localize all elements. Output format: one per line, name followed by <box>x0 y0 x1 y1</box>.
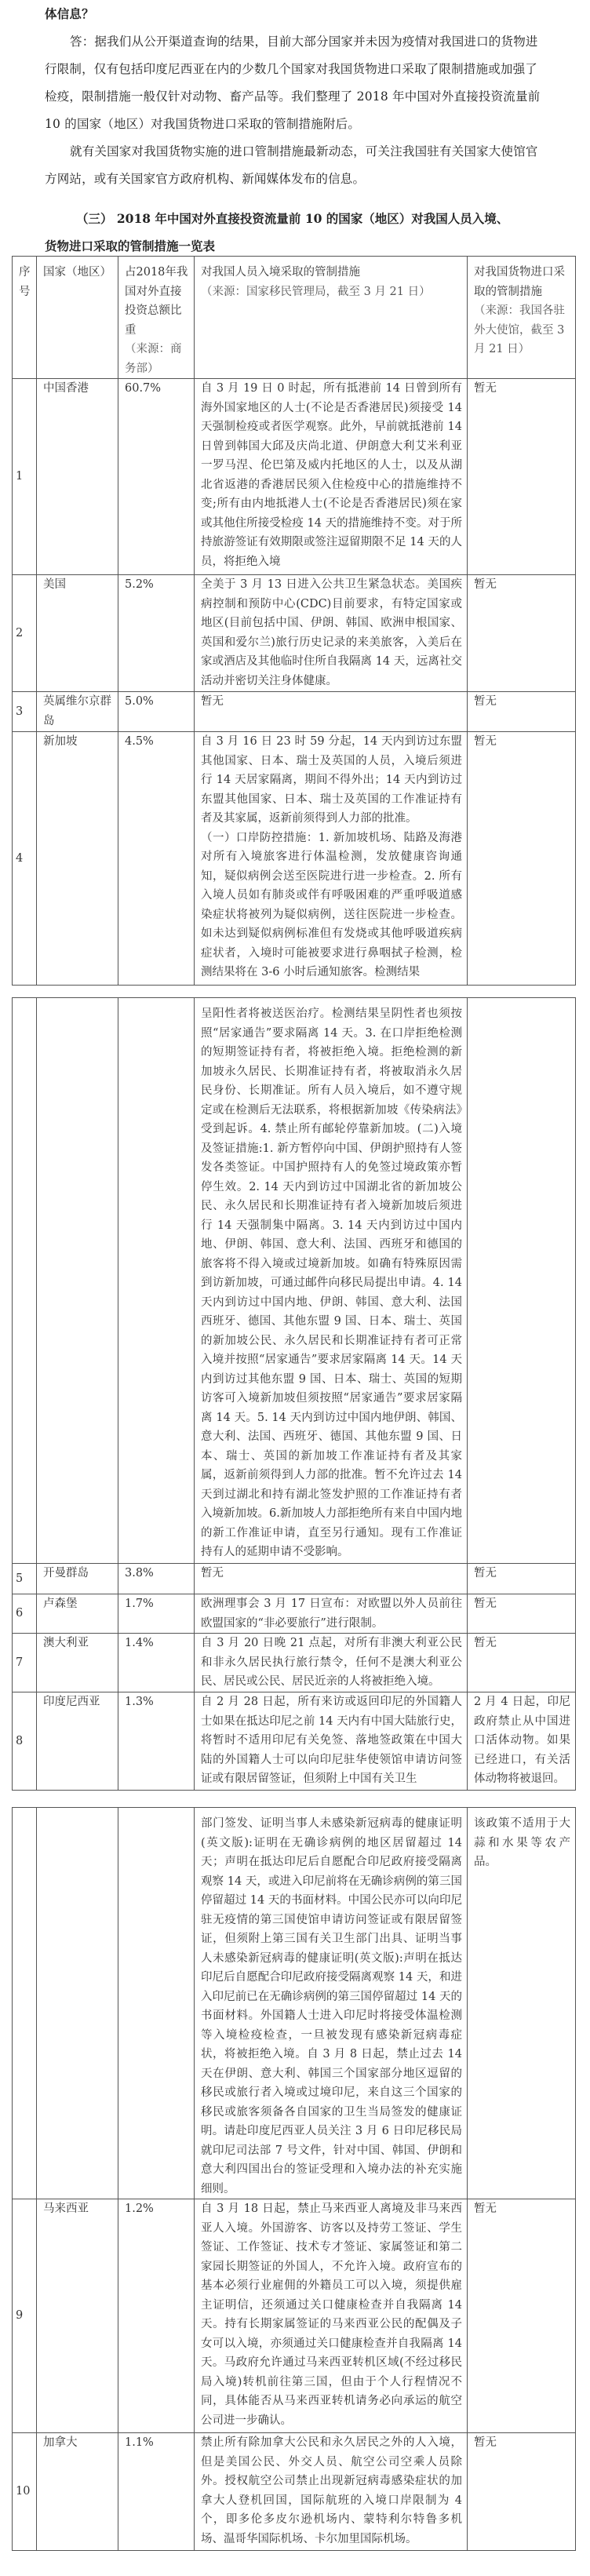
table-row: 8 印度尼西亚 1.3% 自 2 月 28 日起，所有来访或返回印尼的外国籍人士… <box>13 1692 576 1791</box>
row-seq: 10 <box>13 2433 37 2551</box>
row-entry-measures-intro: 自 3 月 16 日 23 时 59 分起，14 天内到访过东盟其他国家、日本、… <box>201 732 462 829</box>
row-goods-measures: 暂无 <box>468 1634 576 1692</box>
section-heading: （三） 2018 年中国对外直接投资流量前 10 的国家（地区）对我国人员入境、… <box>45 205 547 260</box>
row-country: 印度尼西亚 <box>37 1692 118 1791</box>
row-seq-empty <box>13 998 37 1564</box>
row-country-empty <box>37 998 118 1564</box>
row-share: 1.4% <box>118 1634 195 1692</box>
table-row: 9 马来西亚 1.2% 自 3 月 18 日起，禁止马来西亚人离境及非马来西亚人… <box>13 2199 576 2433</box>
table-row-continued: 呈阳性者将被送医治疗。检测结果呈阴性者也须按照“居家通告”要求隔离 14 天。3… <box>13 998 576 1564</box>
header-share-label: 占2018年我国对外直接投资总额比重 <box>125 266 188 337</box>
row-country: 美国 <box>37 575 118 692</box>
row-entry-measures-continued: 呈阳性者将被送医治疗。检测结果呈阴性者也须按照“居家通告”要求隔离 14 天。3… <box>195 998 468 1564</box>
header-goods: 对我国货物进口采取的管制措施 （来源：我国各驻外大使馆，截至 3 月 21 日） <box>468 257 576 379</box>
row-goods-measures: 2 月 4 日起，印尼政府禁止从中国进口活体动物。如果已经进口，有关活体动物将被… <box>468 1692 576 1791</box>
table-row: 10 加拿大 1.1% 禁止所有除加拿大公民和永久居民之外的人入境，但是美国公民… <box>13 2433 576 2551</box>
row-share: 4.5% <box>118 732 195 986</box>
row-entry-measures: 自 2 月 28 日起，所有来访或返回印尼的外国籍人士如果在抵达印尼之前 14 … <box>195 1692 468 1791</box>
table-row: 5 开曼群岛 3.8% 暂无 暂无 <box>13 1564 576 1594</box>
row-country: 马来西亚 <box>37 2199 118 2433</box>
measures-table-part-3: 部门签发、证明当事人未感染新冠病毒的健康证明(英文版):证明在无确诊病例的地区居… <box>12 1807 576 2551</box>
row-seq: 3 <box>13 692 37 732</box>
row-country: 澳大利亚 <box>37 1634 118 1692</box>
answer-paragraph-1: 答：据我们从公开渠道查询的结果，目前大部分国家并未因为疫情对我国进口的货物进行限… <box>45 28 544 138</box>
header-country: 国家（地区） <box>37 257 118 379</box>
row-entry-measures: 自 3 月 20 日晚 21 点起，对所有非澳大利亚公民和非永久居民执行旅行禁令… <box>195 1634 468 1692</box>
row-share: 1.1% <box>118 2433 195 2551</box>
section-heading-line-1: （三） 2018 年中国对外直接投资流量前 10 的国家（地区）对我国人员入境、 <box>45 205 547 232</box>
header-entry: 对我国人员入境采取的管制措施 （来源：国家移民管理局，截至 3 月 21 日） <box>195 257 468 379</box>
table-row: 1 中国香港 60.7% 自 3 月 19 日 0 时起，所有抵港前 14 日曾… <box>13 379 576 575</box>
row-share-empty <box>118 998 195 1564</box>
row-goods-empty <box>468 998 576 1564</box>
header-share-source: （来源：商务部） <box>125 343 182 375</box>
table-row: 6 卢森堡 1.7% 欧洲理事会 3 月 17 日宣布：对欧盟以外人员前往欧盟国… <box>13 1594 576 1634</box>
row-country-empty <box>37 1808 118 2199</box>
row-entry-measures-port-controls: （一）口岸防控措施：1. 新加坡机场、陆路及海港对所有入境旅客进行体温检测，发放… <box>201 829 462 982</box>
row-seq: 5 <box>13 1564 37 1594</box>
row-entry-measures: 自 3 月 16 日 23 时 59 分起，14 天内到访过东盟其他国家、日本、… <box>195 732 468 986</box>
measures-table-part-2: 呈阳性者将被送医治疗。检测结果呈阴性者也须按照“居家通告”要求隔离 14 天。3… <box>12 997 576 1791</box>
table-row: 2 美国 5.2% 全美于 3 月 13 日进入公共卫生紧急状态。美国疾病控制和… <box>13 575 576 692</box>
row-goods-measures: 暂无 <box>468 732 576 986</box>
row-seq: 1 <box>13 379 37 575</box>
row-country: 开曼群岛 <box>37 1564 118 1594</box>
row-goods-measures: 暂无 <box>468 1564 576 1594</box>
row-share-empty <box>118 1808 195 2199</box>
row-entry-measures: 欧洲理事会 3 月 17 日宣布：对欧盟以外人员前往欧盟国家的“非必要旅行”进行… <box>195 1594 468 1634</box>
row-country: 中国香港 <box>37 379 118 575</box>
row-entry-measures: 自 3 月 19 日 0 时起，所有抵港前 14 日曾到所有海外国家地区的人士(… <box>195 379 468 575</box>
row-seq: 4 <box>13 732 37 986</box>
row-entry-measures: 暂无 <box>195 692 468 732</box>
row-goods-measures: 暂无 <box>468 692 576 732</box>
row-goods-measures: 暂无 <box>468 575 576 692</box>
row-share: 1.7% <box>118 1594 195 1634</box>
row-goods-measures: 暂无 <box>468 2433 576 2551</box>
row-entry-measures-continued: 部门签发、证明当事人未感染新冠病毒的健康证明(英文版):证明在无确诊病例的地区居… <box>195 1808 468 2199</box>
row-entry-measures: 全美于 3 月 13 日进入公共卫生紧急状态。美国疾病控制和预防中心(CDC)目… <box>195 575 468 692</box>
row-share: 5.2% <box>118 575 195 692</box>
header-entry-source: （来源：国家移民管理局，截至 3 月 21 日） <box>201 286 431 298</box>
row-country: 加拿大 <box>37 2433 118 2551</box>
row-entry-measures: 自 3 月 18 日起，禁止马来西亚人离境及非马来西亚人入境。外国游客、访客以及… <box>195 2199 468 2433</box>
question-tail: 体信息？ <box>45 0 544 27</box>
row-seq: 7 <box>13 1634 37 1692</box>
row-seq-empty <box>13 1808 37 2199</box>
answer-paragraph-2: 就有关国家对我国货物实施的进口管制措施最新动态，可关注我国驻有关国家大使馆官方网… <box>45 138 544 193</box>
row-seq: 9 <box>13 2199 37 2433</box>
row-country: 卢森堡 <box>37 1594 118 1634</box>
table-row: 3 英属维尔京群岛 5.0% 暂无 暂无 <box>13 692 576 732</box>
row-share: 1.3% <box>118 1692 195 1791</box>
row-seq: 2 <box>13 575 37 692</box>
header-seq: 序号 <box>13 257 37 379</box>
row-country: 新加坡 <box>37 732 118 986</box>
row-goods-measures: 暂无 <box>468 1594 576 1634</box>
row-share: 1.2% <box>118 2199 195 2433</box>
row-entry-measures: 禁止所有除加拿大公民和永久居民之外的人入境，但是美国公民、外交人员、航空公司空乘… <box>195 2433 468 2551</box>
row-goods-measures: 暂无 <box>468 379 576 575</box>
section-heading-line-2: 货物进口采取的管制措施一览表 <box>45 239 215 253</box>
row-share: 3.8% <box>118 1564 195 1594</box>
table-row-continued: 部门签发、证明当事人未感染新冠病毒的健康证明(英文版):证明在无确诊病例的地区居… <box>13 1808 576 2199</box>
header-share: 占2018年我国对外直接投资总额比重 （来源：商务部） <box>118 257 195 379</box>
row-seq: 8 <box>13 1692 37 1791</box>
header-goods-label: 对我国货物进口采取的管制措施 <box>474 266 565 298</box>
table-header-row: 序号 国家（地区） 占2018年我国对外直接投资总额比重 （来源：商务部） 对我… <box>13 257 576 379</box>
row-goods-measures: 暂无 <box>468 2199 576 2433</box>
row-country: 英属维尔京群岛 <box>37 692 118 732</box>
row-goods-measures-continued: 该政策不适用于大蒜和水果等农产品。 <box>468 1808 576 2199</box>
header-goods-source: （来源：我国各驻外大使馆，截至 3 月 21 日） <box>474 304 565 355</box>
row-seq: 6 <box>13 1594 37 1634</box>
row-share: 60.7% <box>118 379 195 575</box>
row-entry-measures: 暂无 <box>195 1564 468 1594</box>
table-row: 7 澳大利亚 1.4% 自 3 月 20 日晚 21 点起，对所有非澳大利亚公民… <box>13 1634 576 1692</box>
row-share: 5.0% <box>118 692 195 732</box>
measures-table-part-1: 序号 国家（地区） 占2018年我国对外直接投资总额比重 （来源：商务部） 对我… <box>12 256 576 986</box>
header-entry-label: 对我国人员入境采取的管制措施 <box>201 266 360 279</box>
table-row: 4 新加坡 4.5% 自 3 月 16 日 23 时 59 分起，14 天内到访… <box>13 732 576 986</box>
